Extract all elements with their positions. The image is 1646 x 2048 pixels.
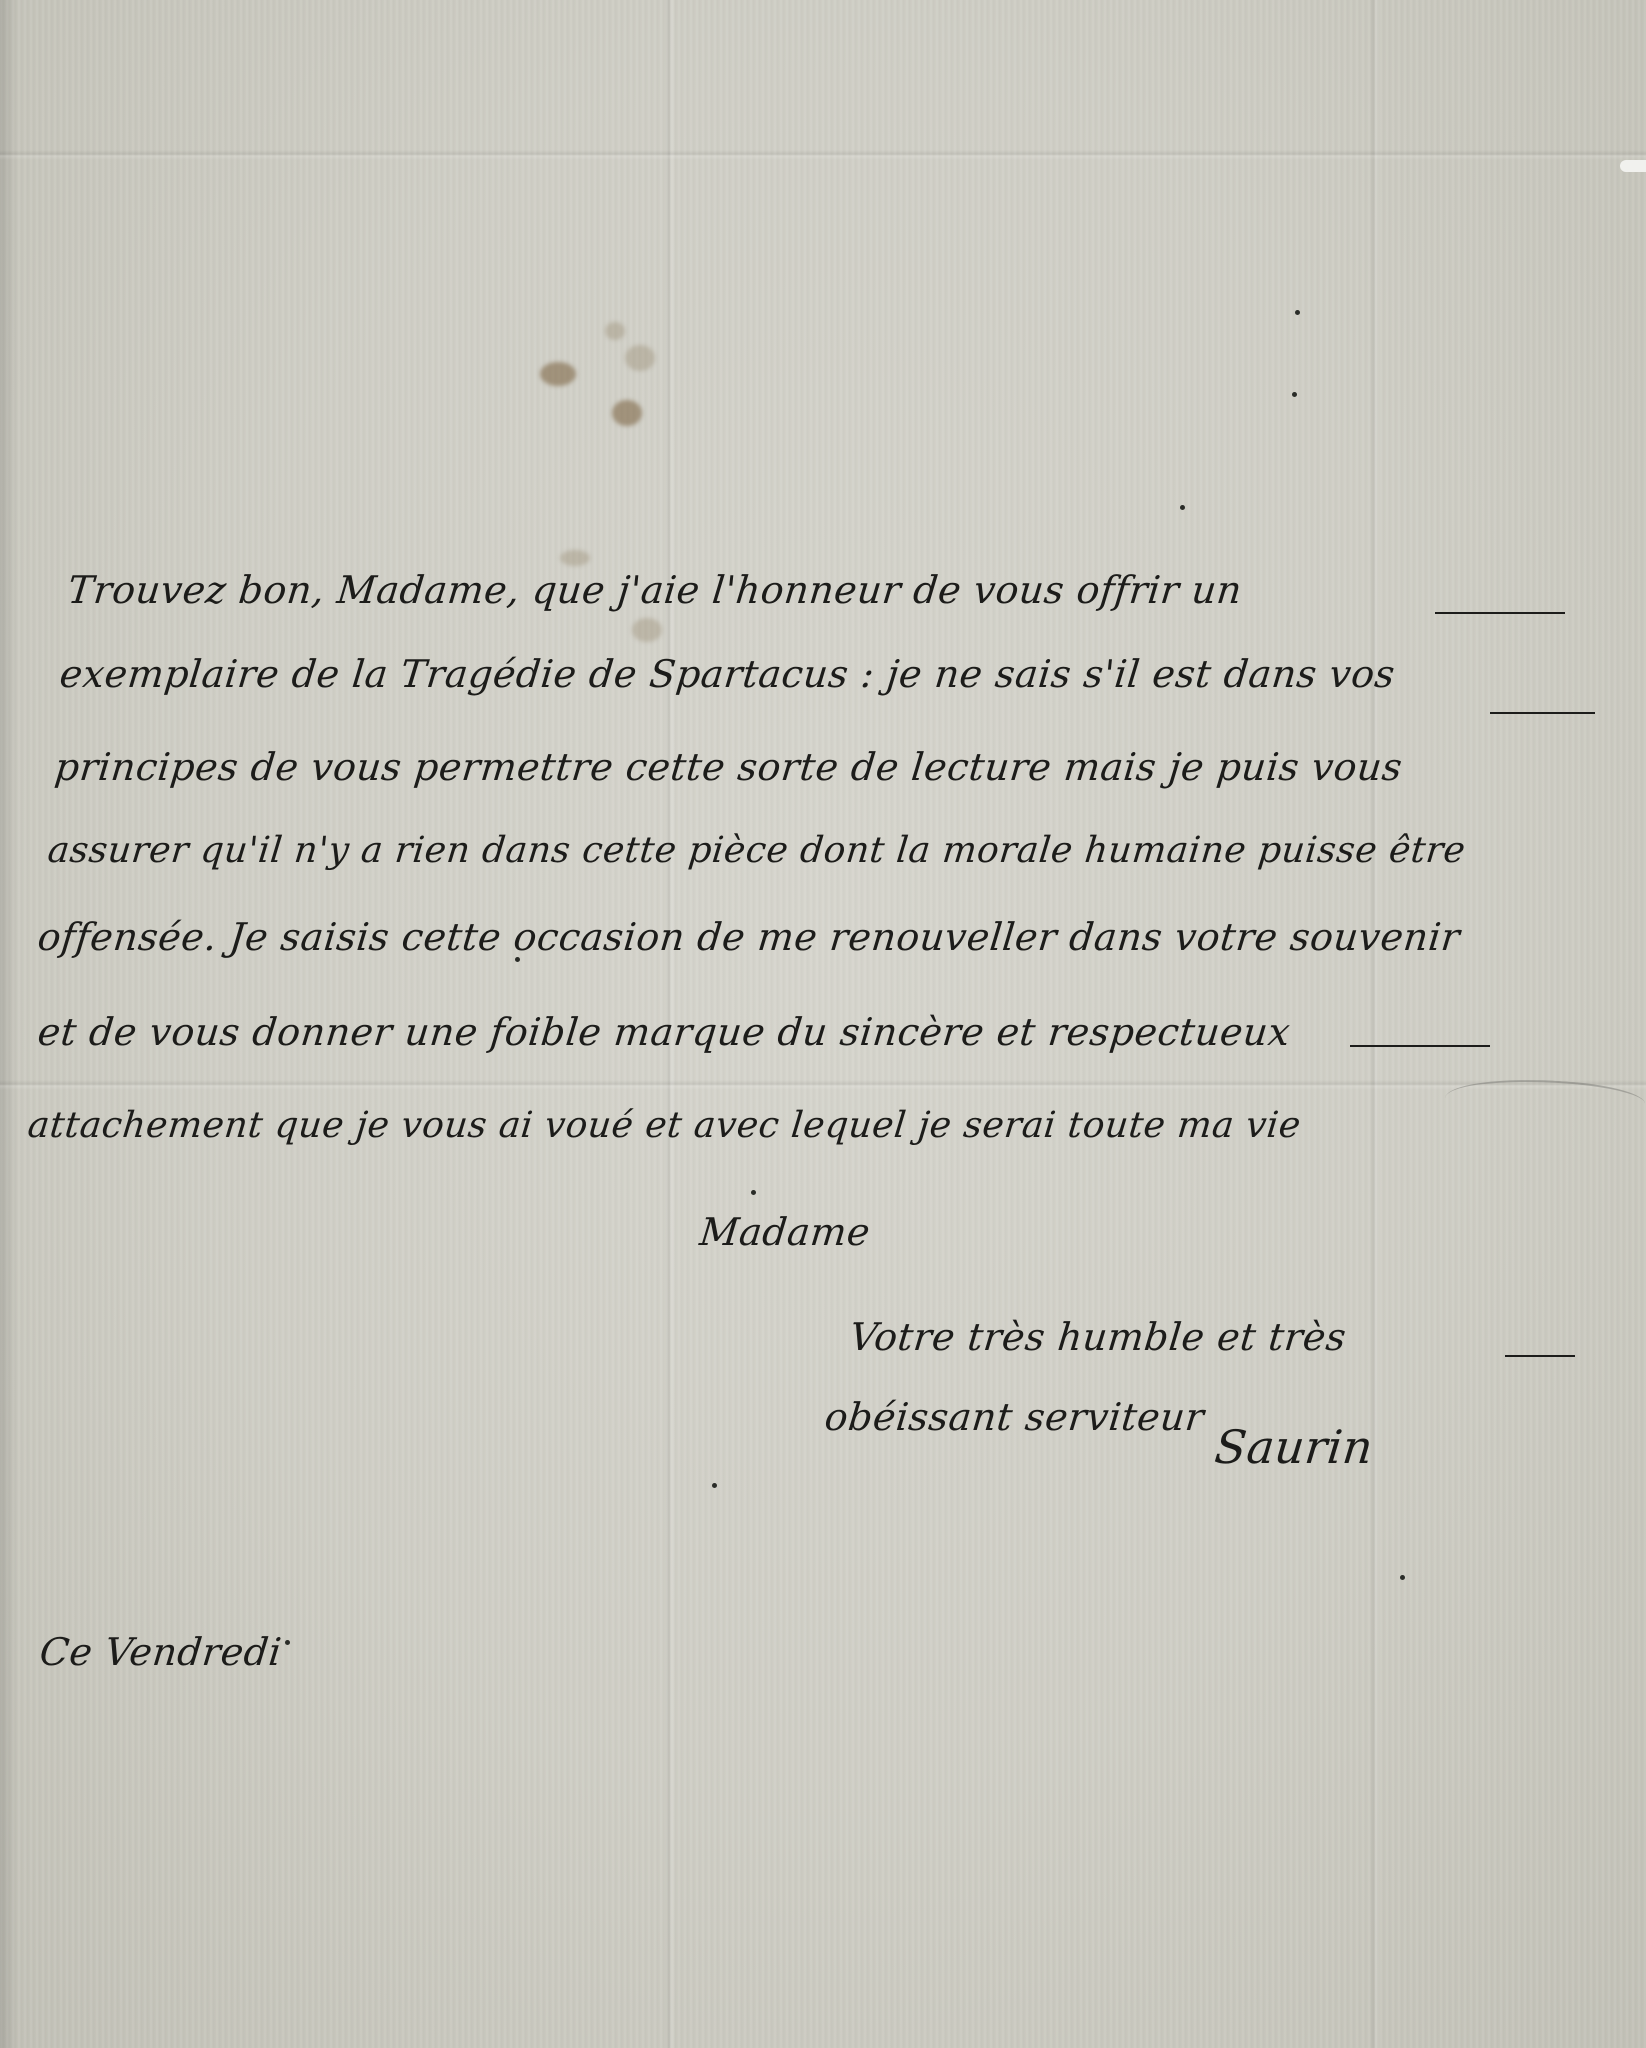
paper-speck	[1292, 392, 1297, 397]
ink-stain	[605, 322, 625, 340]
paper-speck	[712, 1483, 717, 1488]
line-filler-dash	[1435, 612, 1565, 614]
paper-speck	[285, 1640, 290, 1645]
line-filler-dash	[1350, 1045, 1490, 1047]
ink-stain	[540, 362, 576, 386]
signature: Saurin	[1212, 1420, 1376, 1474]
paper-speck	[751, 1190, 756, 1195]
closing-line: obéissant serviteur	[823, 1395, 1207, 1439]
letter-body-line: offensée. Je saisis cette occasion de me…	[36, 915, 1463, 959]
dateline: Ce Vendredi	[38, 1630, 284, 1674]
paper-speck	[1180, 505, 1185, 510]
horizontal-fold-line	[0, 1080, 1646, 1090]
paper-edge-shadow	[0, 0, 18, 2048]
ink-stain	[560, 550, 590, 566]
ink-stain	[632, 618, 662, 642]
line-filler-dash	[1505, 1355, 1575, 1357]
salutation: Madame	[698, 1210, 873, 1254]
line-filler-dash	[1490, 712, 1595, 714]
letter-body-line: exemplaire de la Tragédie de Spartacus :…	[58, 652, 1397, 696]
paper-speck	[1400, 1575, 1405, 1580]
letter-page: Trouvez bon, Madame, que j'aie l'honneur…	[0, 0, 1646, 2048]
letter-body-line: Trouvez bon, Madame, que j'aie l'honneur…	[66, 568, 1244, 612]
ink-stain	[612, 400, 642, 426]
horizontal-fold-line	[0, 150, 1646, 160]
vertical-fold-line	[1370, 0, 1380, 2048]
closing-line: Votre très humble et très	[848, 1315, 1349, 1359]
paper-speck	[1295, 310, 1300, 315]
letter-body-line: attachement que je vous ai voué et avec …	[26, 1105, 1303, 1146]
paper-tear	[1620, 160, 1646, 172]
letter-body-line: assurer qu'il n'y a rien dans cette pièc…	[46, 830, 1468, 871]
ink-stain	[625, 345, 655, 371]
letter-body-line: et de vous donner une foible marque du s…	[36, 1010, 1293, 1054]
letter-body-line: principes de vous permettre cette sorte …	[53, 745, 1405, 789]
